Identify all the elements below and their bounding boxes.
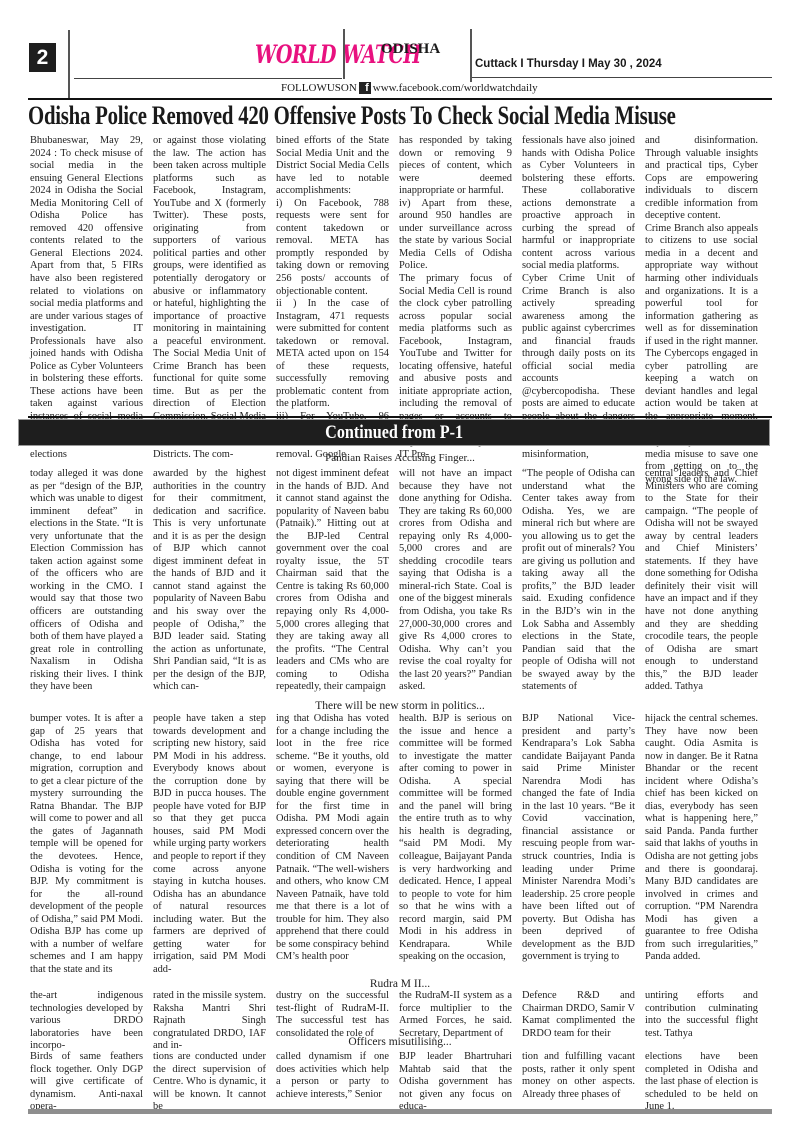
article-column: tion and fulfilling vacant posts, rather… (522, 1051, 635, 1114)
follow-us-label: FOLLOWUSON (281, 82, 357, 94)
masthead-divider (470, 29, 472, 82)
article-column: Birds of same feathers flock together. O… (30, 1051, 143, 1114)
story-title: Pandian Raises Accusing Finger... (0, 452, 800, 464)
story-storm: bumper votes. It is after a gap of 25 ye… (30, 713, 758, 976)
article-column: hijack the central schemes. They have no… (645, 713, 758, 976)
story-pandian: today alleged it was done as per “design… (30, 468, 758, 694)
story-title: There will be new storm in politics... (0, 700, 800, 712)
article-column: health. BJP is serious on the issue and … (399, 713, 512, 976)
article-column: central leaders and Chief Ministers who … (645, 468, 758, 694)
article-column: today alleged it was done as per “design… (30, 468, 143, 694)
continued-banner-text: Continued from P-1 (325, 420, 463, 445)
dateline: Cuttack I Thursday I May 30 , 2024 (475, 58, 662, 70)
facebook-link[interactable]: www.facebook.com/worldwatchdaily (373, 82, 538, 94)
facebook-icon: f (359, 82, 371, 94)
article-column: people have taken a step towards develop… (153, 713, 266, 976)
masthead-divider (68, 30, 70, 100)
follow-us-bar: FOLLOWUSON f www.facebook.com/worldwatch… (281, 82, 538, 94)
section-name: ODISHA (381, 41, 440, 58)
article-column: BJP leader Bhartruhari Mahtab said that … (399, 1051, 512, 1114)
article-column: awarded by the highest authorities in th… (153, 468, 266, 694)
article-column: “The people of Odisha can understand wha… (522, 468, 635, 694)
continued-banner: Continued from P-1 (18, 419, 770, 446)
headline: Odisha Police Removed 420 Offensive Post… (28, 101, 623, 131)
story-officers: Birds of same feathers flock together. O… (30, 1051, 758, 1114)
masthead-divider (343, 29, 345, 79)
section-rule (28, 416, 772, 418)
article-column: BJP National Vice-president and party’s … (522, 713, 635, 976)
article-column: called dynamism if one does activities w… (276, 1051, 389, 1114)
article-column: elections have been completed in Odisha … (645, 1051, 758, 1114)
article-column: will not have an impact because they hav… (399, 468, 512, 694)
article-column: not digest imminent defeat in the hands … (276, 468, 389, 694)
article-column: tions are conducted under the direct sup… (153, 1051, 266, 1114)
top-rule (28, 98, 772, 100)
masthead-rule (74, 78, 342, 79)
article-column: ing that Odisha has voted for a change i… (276, 713, 389, 976)
story-title: Officers misutilising... (0, 1036, 800, 1048)
page-number: 2 (29, 43, 56, 72)
article-column: bumper votes. It is after a gap of 25 ye… (30, 713, 143, 976)
bottom-rule (28, 1109, 772, 1114)
story-title: Rudra M II... (0, 978, 800, 990)
masthead-rule (472, 77, 772, 78)
